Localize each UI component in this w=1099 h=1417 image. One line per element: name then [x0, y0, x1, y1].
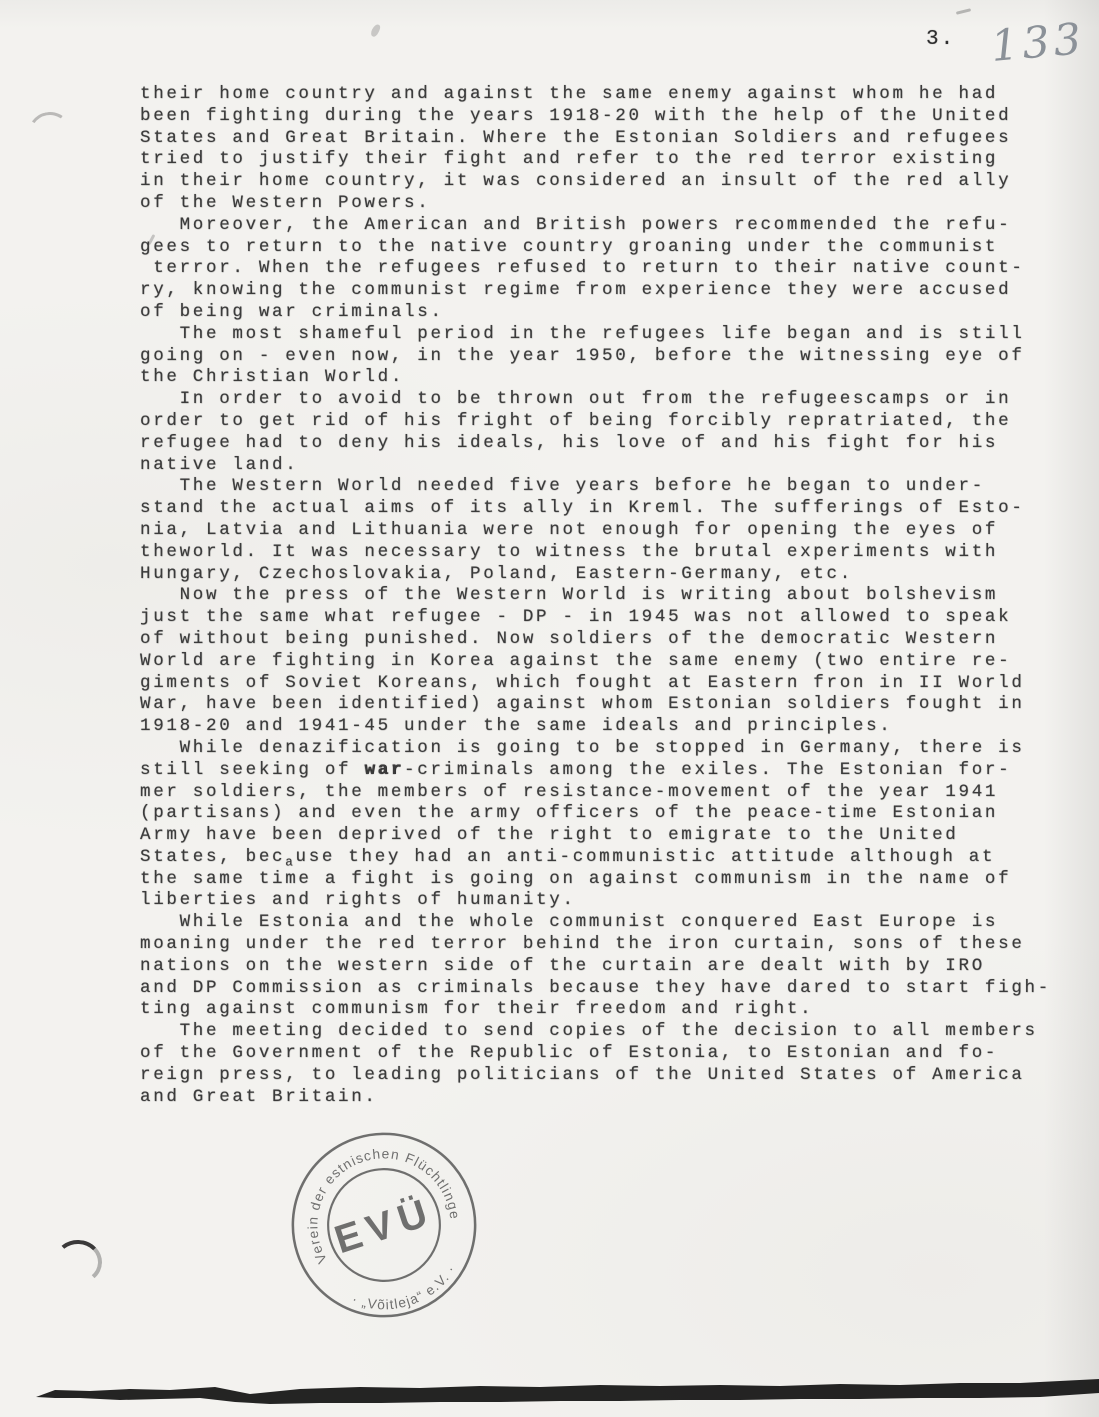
- paragraph-line: of being war criminals.: [140, 302, 1051, 324]
- pencil-dash: [956, 8, 971, 15]
- paragraph-line: still seeking of war-criminals among the…: [140, 760, 1051, 782]
- paragraph-line: tried to justify their fight and refer t…: [140, 149, 1051, 171]
- paragraph-line: nations on the western side of the curta…: [140, 956, 1051, 978]
- paragraph-line: mer soldiers, the members of resistance-…: [140, 782, 1051, 804]
- paragraph-line: moaning under the red terror behind the …: [140, 934, 1051, 956]
- page-number: 3.: [926, 28, 955, 51]
- paragraph-line: of without being punished. Now soldiers …: [140, 629, 1051, 651]
- paragraph-line: The most shameful period in the refugees…: [140, 324, 1051, 346]
- paragraph-line: ry, knowing the communist regime from ex…: [140, 280, 1051, 302]
- paragraph-line: ting against communism for their freedom…: [140, 999, 1051, 1021]
- paragraph: In order to avoid to be thrown out from …: [140, 389, 1051, 476]
- paragraph: While Estonia and the whole communist co…: [140, 912, 1051, 1021]
- scan-edge-band: [36, 1379, 1099, 1404]
- paragraph-line: the Christian World.: [140, 367, 1051, 389]
- paragraph-line: been fighting during the years 1918-20 w…: [140, 106, 1051, 128]
- paragraph-line: nia, Latvia and Lithuania were not enoug…: [140, 520, 1051, 542]
- paragraph-line: stand the actual aims of its ally in Kre…: [140, 498, 1051, 520]
- paragraph-line: Hungary, Czechoslovakia, Poland, Eastern…: [140, 564, 1051, 586]
- paragraph-line: liberties and rights of humanity.: [140, 890, 1051, 912]
- paragraph-line: reign press, to leading politicians of t…: [140, 1065, 1051, 1087]
- paragraph-line: of the Western Powers.: [140, 193, 1051, 215]
- paragraph-line: just the same what refugee - DP - in 194…: [140, 607, 1051, 629]
- paragraph: their home country and against the same …: [140, 84, 1051, 215]
- hole-punch-bottom-icon: [53, 1239, 103, 1285]
- paragraph-line: gees to return to the native country gro…: [140, 237, 1051, 259]
- pencil-speck: [370, 23, 382, 38]
- paragraph-line: In order to avoid to be thrown out from …: [140, 389, 1051, 411]
- paragraph-line: native land.: [140, 455, 1051, 477]
- paragraph: Now the press of the Western World is wr…: [140, 585, 1051, 738]
- paragraph-line: and DP Commission as criminals because t…: [140, 978, 1051, 1000]
- paragraph-line: Moreover, the American and British power…: [140, 215, 1051, 237]
- evu-association-stamp-icon: Verein der estnischen Flüchtlinge · „Või…: [286, 1127, 482, 1323]
- paragraph-line: States, because they had an anti-communi…: [140, 847, 1051, 869]
- paragraph-line: refugee had to deny his ideals, his love…: [140, 433, 1051, 455]
- hole-punch-top-icon: [25, 109, 76, 160]
- paragraph-line: Now the press of the Western World is wr…: [140, 585, 1051, 607]
- paragraph-line: While Estonia and the whole communist co…: [140, 912, 1051, 934]
- handwritten-page-number: 133: [989, 14, 1087, 72]
- paragraph-line: States and Great Britain. Where the Esto…: [140, 128, 1051, 150]
- paragraph-line: giments of Soviet Koreans, which fought …: [140, 673, 1051, 695]
- paragraph: While denazification is going to be stop…: [140, 738, 1051, 912]
- stamp-center-text: EVÜ: [330, 1190, 439, 1262]
- paragraph-line: Army have been deprived of the right to …: [140, 825, 1051, 847]
- paragraph-line: World are fighting in Korea against the …: [140, 651, 1051, 673]
- paragraph-line: order to get rid of his fright of being …: [140, 411, 1051, 433]
- scan-edge-bottom: [0, 1377, 1099, 1417]
- scanned-document-page: 3. 133 their home country and against th…: [0, 0, 1099, 1417]
- paragraph-line: the same time a fight is going on agains…: [140, 869, 1051, 891]
- paragraph: The most shameful period in the refugees…: [140, 324, 1051, 389]
- paragraph-line: (partisans) and even the army officers o…: [140, 803, 1051, 825]
- document-text: their home country and against the same …: [140, 84, 1051, 1108]
- paragraph-line: 1918-20 and 1941-45 under the same ideal…: [140, 716, 1051, 738]
- paragraph-line: and Great Britain.: [140, 1087, 1051, 1109]
- paragraph: Moreover, the American and British power…: [140, 215, 1051, 324]
- paragraph-line: The meeting decided to send copies of th…: [140, 1021, 1051, 1043]
- paragraph-line: The Western World needed five years befo…: [140, 476, 1051, 498]
- paragraph-line: terror. When the refugees refused to ret…: [140, 258, 1051, 280]
- paragraph-line: going on - even now, in the year 1950, b…: [140, 346, 1051, 368]
- paragraph-line: of the Government of the Republic of Est…: [140, 1043, 1051, 1065]
- paragraph-line: their home country and against the same …: [140, 84, 1051, 106]
- paragraph: The meeting decided to send copies of th…: [140, 1021, 1051, 1108]
- paragraph-line: War, have been identified) against whom …: [140, 694, 1051, 716]
- paragraph: The Western World needed five years befo…: [140, 476, 1051, 585]
- paragraph-line: theworld. It was necessary to witness th…: [140, 542, 1051, 564]
- paragraph-line: While denazification is going to be stop…: [140, 738, 1051, 760]
- paragraph-line: in their home country, it was considered…: [140, 171, 1051, 193]
